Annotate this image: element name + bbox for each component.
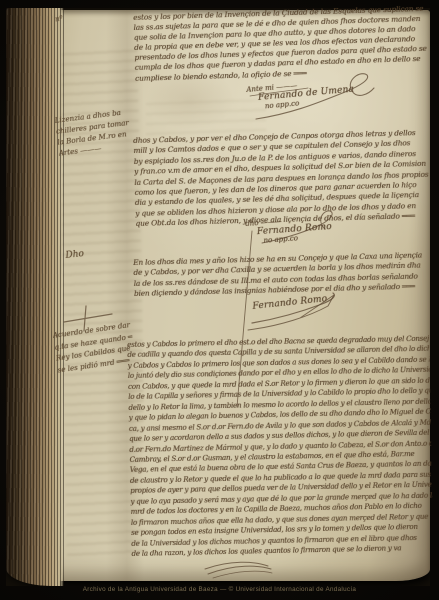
flourish-end2: [208, 566, 271, 574]
flourish-end3: [213, 571, 272, 578]
flourish-end1: [205, 562, 268, 569]
signature-name: Fernando Romo: [252, 294, 328, 312]
paragraph-4: estos y Cabdos lo primero el dho est.o d…: [127, 334, 434, 560]
signature-block-1: Ante mi ——— Fernando de Umena no app.co: [246, 77, 355, 112]
signature-block-3: Fernando Romo: [252, 294, 328, 312]
corner-mark: nº: [54, 14, 63, 23]
manuscript-scan: { "page": { "corner_mark": "nº", "waterm…: [0, 0, 439, 600]
archive-watermark: Archivo de la Antigua Universidad de Bae…: [0, 586, 439, 593]
paragraph-1: estos y los por bien de la Invençion de …: [133, 4, 432, 84]
paragraph-2: dhos y Cabdos, y por ver el dho Conçejo …: [133, 128, 432, 230]
signature-block-2: dho ——— Fernando Romo no app.co: [245, 214, 333, 246]
paragraph-3: En los dhos dia mes y año los hizo se ha…: [133, 250, 431, 299]
handwriting-layer: nº estos y los por bien de la Invençion …: [0, 0, 439, 600]
margin-note-dho: Dho: [65, 249, 84, 261]
